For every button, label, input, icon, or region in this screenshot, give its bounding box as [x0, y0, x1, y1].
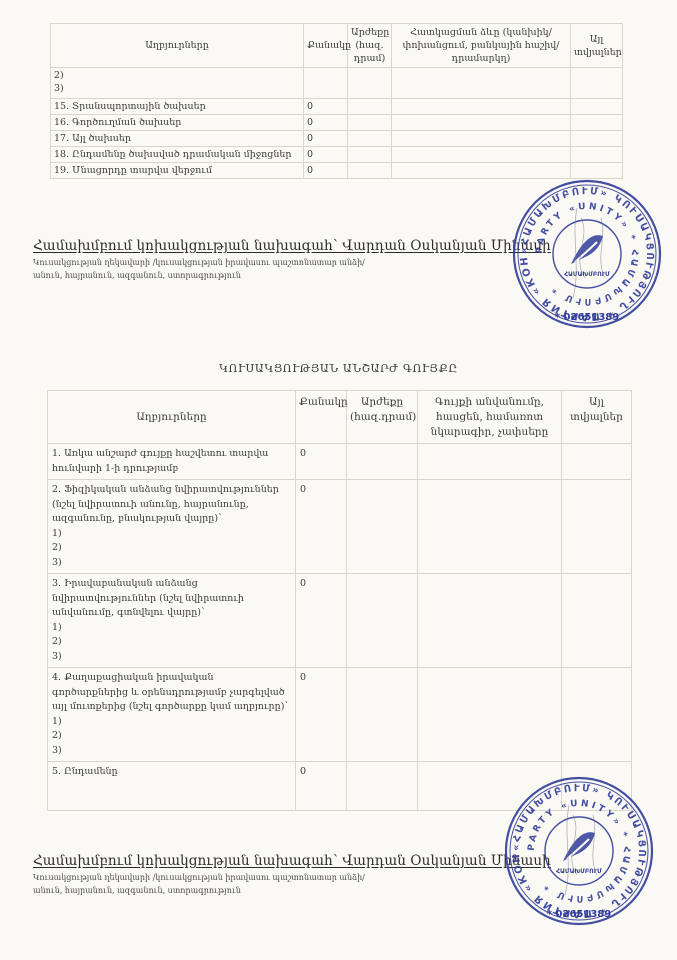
continuation-cell: 2)3): [51, 68, 304, 99]
sub-item: 3): [52, 650, 291, 665]
empty-cell: [392, 163, 571, 179]
source-text: 4. Քաղաքացիական իրավական գործարքներից և …: [52, 671, 291, 715]
quantity-cell: 0: [296, 480, 347, 574]
table-row: 16. Գործուղման ծախսեր0: [51, 115, 623, 131]
empty-cell: [347, 480, 418, 574]
empty-cell: [348, 115, 392, 131]
signatory-name: Համախմբում կոխակցության նախագահ՝ Վարդան …: [33, 853, 513, 869]
source-cell: 15. Տրանսպորտային ծախսեր: [51, 99, 304, 115]
signature-block: Համախմբում կոխակցության նախագահ՝ Վարդան …: [33, 853, 513, 897]
source-cell: 5. Ընդամենը: [48, 762, 296, 811]
section-title: ԿՈՒՍԱԿՑՈՒԹՅԱՆ ԱՆՇԱՐԺ ԳՈՒՅՔԸ: [0, 362, 677, 375]
header-quantity: Քանակը: [304, 24, 348, 68]
quantity-cell: 0: [296, 762, 347, 811]
empty-cell: [571, 68, 623, 99]
table-row: 1. Առկա անշարժ գույքը հաշվետու տարվա հու…: [48, 444, 632, 480]
sub-item: 3): [52, 556, 291, 571]
quantity-cell: 0: [304, 163, 348, 179]
empty-cell: [418, 444, 562, 480]
empty-cell: [347, 762, 418, 811]
signature-block: Համախմբում կոխակցության նախագահ՝ Վարդան …: [33, 238, 513, 282]
empty-cell: [348, 99, 392, 115]
header-property-description: Գույքի անվանումը, հասցեն, համառոտ նկարագ…: [418, 391, 562, 444]
empty-cell: [348, 131, 392, 147]
quantity-cell: 0: [304, 131, 348, 147]
sub-item: 1): [52, 715, 291, 730]
empty-cell: [418, 574, 562, 668]
source-cell: 19. Մնացորդը տարվա վերջում: [51, 163, 304, 179]
table-row: 15. Տրանսպորտային ծախսեր0: [51, 99, 623, 115]
party-stamp: «ՀԱՄԱԽՄԲՈՒՄ» ԿՈՒՍԱԿՑՈՒԹՅՈՒՆ * ПАРТИЯ «КО…: [511, 178, 663, 330]
quantity-cell: 0: [296, 668, 347, 762]
empty-cell: [562, 574, 632, 668]
empty-cell: [571, 147, 623, 163]
header-quantity: Քանակը: [296, 391, 347, 444]
party-stamp: «ՀԱՄԱԽՄԲՈՒՄ» ԿՈՒՍԱԿՑՈՒԹՅՈՒՆ * ПАРТИЯ «КО…: [503, 775, 655, 927]
source-cell: 18. Ընդամենը ծախսված դրամական միջոցներ: [51, 147, 304, 163]
empty-cell: [562, 444, 632, 480]
table-header-row: Աղբյուրները Քանակը Արժեքը (հազ.դրամ) Գու…: [48, 391, 632, 444]
source-cell: 1. Առկա անշարժ գույքը հաշվետու տարվա հու…: [48, 444, 296, 480]
sub-item: 1): [52, 621, 291, 636]
empty-cell: [392, 99, 571, 115]
quantity-cell: 0: [296, 574, 347, 668]
svg-text:* 02651389: * 02651389: [555, 312, 619, 323]
svg-text:* 02651389: * 02651389: [547, 909, 611, 920]
signatory-name: Համախմբում կոխակցության նախագահ՝ Վարդան …: [33, 238, 513, 254]
empty-cell: [392, 68, 571, 99]
sub-item: 2): [52, 541, 291, 556]
source-text: 1. Առկա անշարժ գույքը հաշվետու տարվա հու…: [52, 447, 291, 476]
header-sources: Աղբյուրները: [51, 24, 304, 68]
table-row: 3. Իրավաբանական անձանց նվիրատվություններ…: [48, 574, 632, 668]
table-row: 18. Ընդամենը ծախսված դրամական միջոցներ0: [51, 147, 623, 163]
header-value: Արժեքը (հազ. դրամ): [348, 24, 392, 68]
empty-cell: [562, 668, 632, 762]
sub-item: 3): [52, 744, 291, 759]
signatory-caption: Կուսակցության ղեկավարի /կուսակցության իր…: [33, 257, 513, 282]
table-row: 19. Մնացորդը տարվա վերջում0: [51, 163, 623, 179]
header-other-data: Այլ տվյալներ: [562, 391, 632, 444]
empty-cell: [571, 163, 623, 179]
header-value: Արժեքը (հազ.դրամ): [347, 391, 418, 444]
empty-cell: [562, 480, 632, 574]
empty-cell: [348, 147, 392, 163]
empty-cell: [392, 115, 571, 131]
table-row: 4. Քաղաքացիական իրավական գործարքներից և …: [48, 668, 632, 762]
empty-cell: [571, 115, 623, 131]
table-header-row: Աղբյուրները Քանակը Արժեքը (հազ. դրամ) Հա…: [51, 24, 623, 68]
source-cell: 17. Այլ ծախսեր: [51, 131, 304, 147]
table-row: 17. Այլ ծախսեր0: [51, 131, 623, 147]
quantity-cell: 0: [304, 147, 348, 163]
quantity-cell: 0: [304, 115, 348, 131]
empty-cell: [347, 444, 418, 480]
empty-cell: [347, 574, 418, 668]
empty-cell: [418, 480, 562, 574]
source-text: 3. Իրավաբանական անձանց նվիրատվություններ…: [52, 577, 291, 621]
source-cell: 3. Իրավաբանական անձանց նվիրատվություններ…: [48, 574, 296, 668]
empty-cell: [392, 147, 571, 163]
empty-cell: [348, 68, 392, 99]
source-cell: 2. Ֆիզիկական անձանց նվիրատվություններ (ն…: [48, 480, 296, 574]
signatory-caption: Կուսակցության ղեկավարի /կուսակցության իր…: [33, 872, 513, 897]
table-row: 2. Ֆիզիկական անձանց նվիրատվություններ (ն…: [48, 480, 632, 574]
quantity-cell: 0: [296, 444, 347, 480]
empty-cell: [418, 668, 562, 762]
table-row: 2)3): [51, 68, 623, 99]
source-cell: 4. Քաղաքացիական իրավական գործարքներից և …: [48, 668, 296, 762]
source-text: 2. Ֆիզիկական անձանց նվիրատվություններ (ն…: [52, 483, 291, 527]
header-allocation-form: Հատկացման ձևը (կանխիկ/փոխանցում, բանկայի…: [392, 24, 571, 68]
empty-cell: [571, 131, 623, 147]
sub-item: 2): [52, 729, 291, 744]
quantity-cell: 0: [304, 99, 348, 115]
empty-cell: [392, 131, 571, 147]
empty-cell: [347, 668, 418, 762]
empty-cell: [571, 99, 623, 115]
expenses-table: Աղբյուրները Քանակը Արժեքը (հազ. դրամ) Հա…: [50, 23, 623, 179]
header-sources: Աղբյուրները: [48, 391, 296, 444]
real-estate-table: Աղբյուրները Քանակը Արժեքը (հազ.դրամ) Գու…: [47, 390, 632, 811]
source-text: 5. Ընդամենը: [52, 765, 291, 780]
sub-item: 2): [52, 635, 291, 650]
header-other-data: Այլ տվյալներ: [571, 24, 623, 68]
source-cell: 16. Գործուղման ծախսեր: [51, 115, 304, 131]
sub-item: 1): [52, 527, 291, 542]
empty-cell: [348, 163, 392, 179]
empty-cell: [304, 68, 348, 99]
